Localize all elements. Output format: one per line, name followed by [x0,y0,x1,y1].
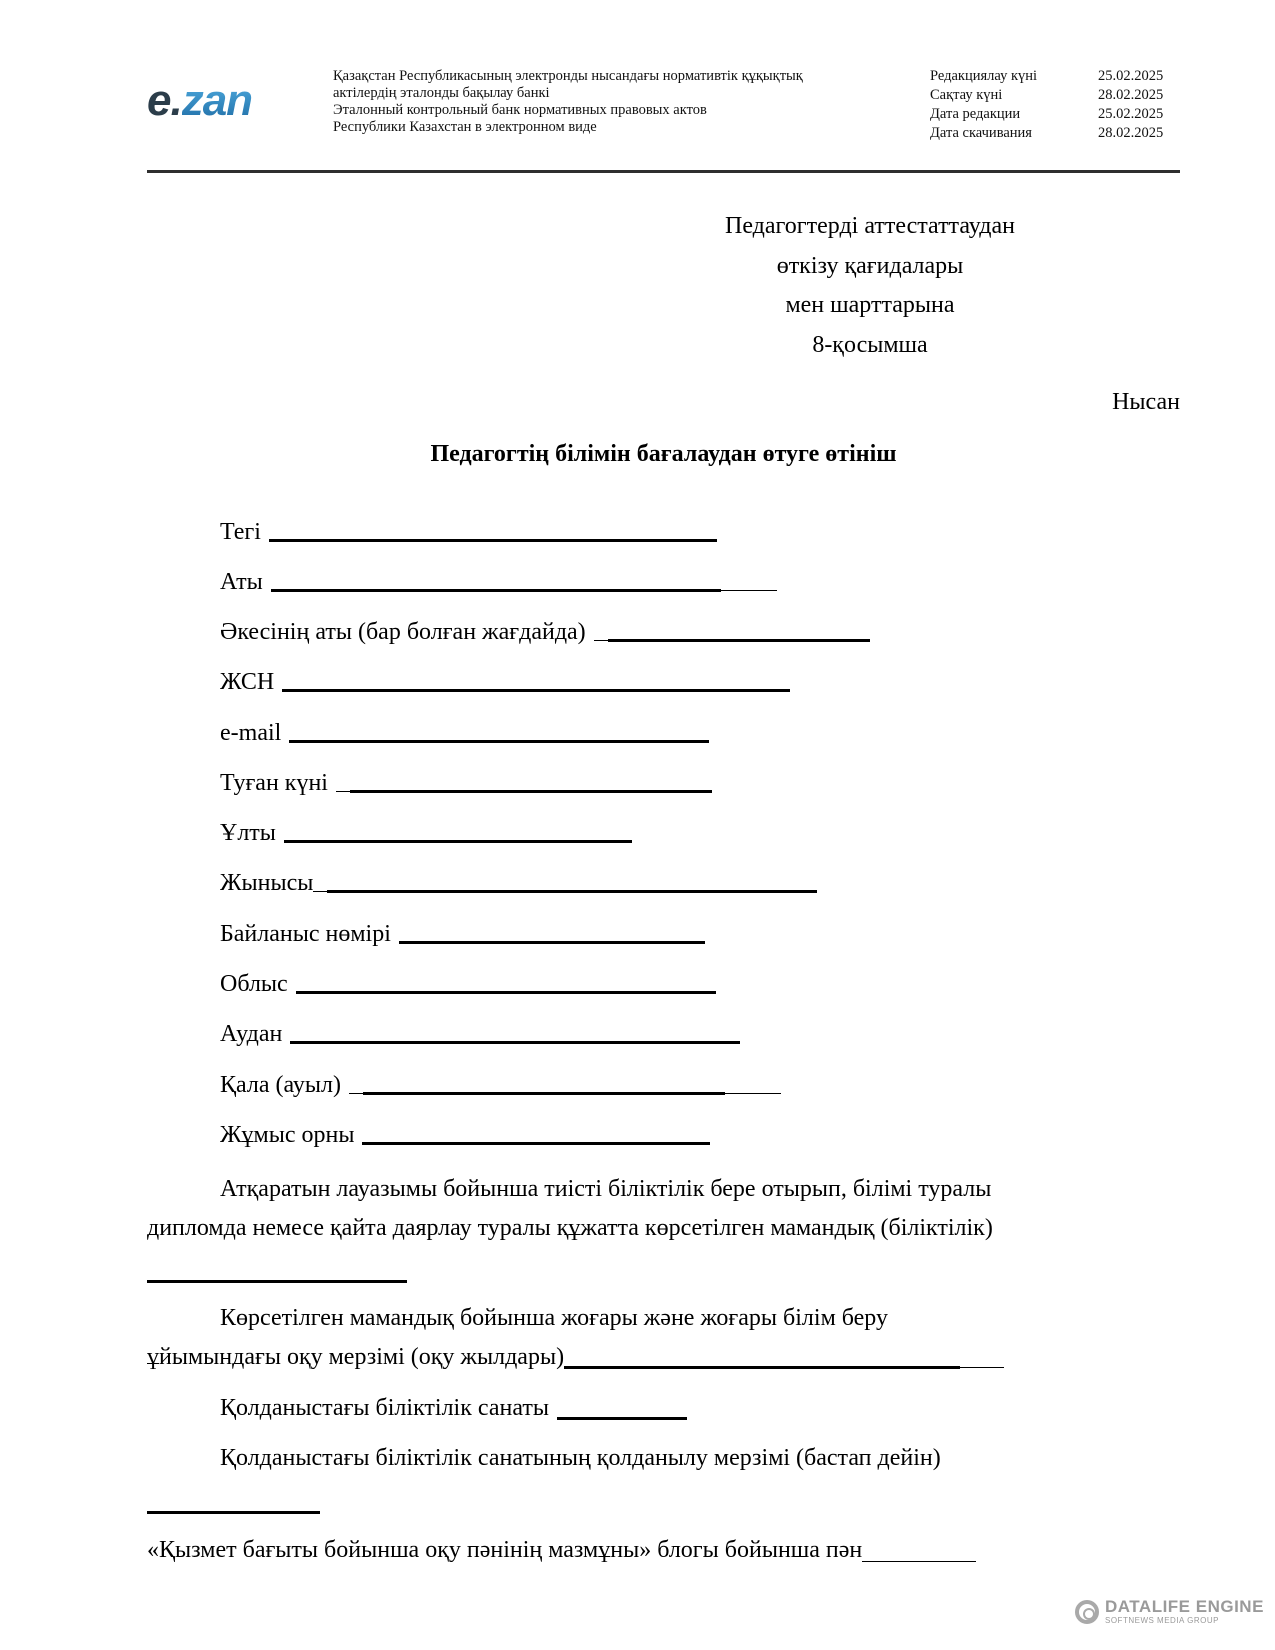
header-desc-line: Қазақстан Республикасының электронды ныс… [333,68,803,85]
field-iin: ЖСН [220,668,790,696]
field-label: Облыс [220,970,288,998]
field-name: Аты [220,568,721,596]
field-birth-date: Туған күні [220,769,712,797]
date-value: 28.02.2025 [1098,124,1163,143]
header-desc-line: Эталонный контрольный банк нормативных п… [333,102,803,119]
date-row-edit-kz: Редакциялау күні25.02.2025 [930,67,1163,86]
field-city: Қала (ауыл) [220,1071,725,1099]
date-value: 25.02.2025 [1098,67,1163,86]
field-label: Ұлты [220,819,276,847]
city-blank[interactable] [363,1092,725,1095]
category-label: Қолданыстағы біліктілік санаты [220,1389,549,1428]
workplace-blank[interactable] [362,1142,710,1145]
subject-row: «Қызмет бағыты бойынша оқу пәнінің мазмұ… [147,1531,1180,1570]
datalife-watermark: DATALIFE ENGINE SOFTNEWS MEDIA GROUP [1075,1598,1264,1625]
header-description: Қазақстан Республикасының электронды ныс… [333,68,803,136]
field-label: Байланыс нөмірі [220,920,391,948]
category-period-blank[interactable] [147,1511,320,1514]
header-dates: Редакциялау күні25.02.2025 Сақтау күні28… [930,67,1163,143]
category-period-label: Қолданыстағы біліктілік санатының қолдан… [147,1439,1180,1478]
field-label: Аудан [220,1020,282,1048]
category-blank[interactable] [557,1417,687,1420]
field-label: ЖСН [220,668,274,696]
appendix-line: Педагогтерді аттестаттаудан [640,207,1100,247]
study-line-1: Көрсетілген мамандық бойынша жоғары және… [147,1299,1180,1338]
field-label: Жұмыс орны [220,1121,354,1149]
date-row-download-ru: Дата скачивания28.02.2025 [930,124,1163,143]
surname-blank[interactable] [269,539,717,542]
subject-paragraph: «Қызмет бағыты бойынша оқу пәнінің мазмұ… [147,1531,1180,1570]
field-label: Қала (ауыл) [220,1071,341,1099]
ezan-logo: e.zan [147,78,252,124]
date-row-edit-ru: Дата редакции25.02.2025 [930,105,1163,124]
date-label: Редакциялау күні [930,67,1098,86]
watermark-sub: SOFTNEWS MEDIA GROUP [1105,1616,1264,1625]
appendix-line: мен шарттарына [640,286,1100,326]
date-value: 25.02.2025 [1098,105,1163,124]
patronymic-blank[interactable] [608,639,870,642]
subject-label: «Қызмет бағыты бойынша оқу пәнінің мазмұ… [147,1531,862,1570]
field-surname: Тегі [220,518,717,546]
field-gender: Жынысы [220,869,817,897]
date-label: Дата скачивания [930,124,1098,143]
date-label: Дата редакции [930,105,1098,124]
nationality-blank[interactable] [284,840,632,843]
field-workplace: Жұмыс орны [220,1121,710,1149]
specialty-paragraph: Атқаратын лауазымы бойынша тиісті білікт… [147,1170,1180,1248]
form-kind-label: Нысан [1112,389,1180,416]
appendix-line: өткізу қағидалары [640,247,1100,287]
email-blank[interactable] [289,740,709,743]
specialty-line-2: дипломда немесе қайта даярлау туралы құж… [147,1209,1180,1248]
field-email: e-mail [220,719,709,747]
field-label: e-mail [220,719,281,747]
field-district: Аудан [220,1020,740,1048]
field-nationality: Ұлты [220,819,632,847]
birth-date-blank[interactable] [350,790,712,793]
category-paragraph: Қолданыстағы біліктілік санаты [147,1389,1180,1428]
category-row: Қолданыстағы біліктілік санаты [147,1389,1180,1428]
header-desc-line: Республики Казахстан в электронном виде [333,119,803,136]
study-line-2-row: ұйымындағы оқу мерзімі (оқу жылдары) [147,1338,1180,1377]
phone-blank[interactable] [399,941,705,944]
watermark-main: DATALIFE ENGINE [1105,1598,1264,1616]
header-divider [147,170,1180,173]
date-value: 28.02.2025 [1098,86,1163,105]
appendix-line: 8-қосымша [640,326,1100,366]
date-label: Сақтау күні [930,86,1098,105]
date-row-save-kz: Сақтау күні28.02.2025 [930,86,1163,105]
logo-part-e: e. [147,76,182,125]
region-blank[interactable] [296,991,716,994]
specialty-blank[interactable] [147,1280,407,1283]
subject-blank[interactable] [862,1561,976,1562]
document-title: Педагогтің білімін бағалаудан өтуге өтін… [147,441,1180,468]
district-blank[interactable] [290,1041,740,1044]
iin-blank[interactable] [282,689,790,692]
field-region: Облыс [220,970,716,998]
appendix-note: Педагогтерді аттестаттаудан өткізу қағид… [640,207,1100,365]
specialty-line-1: Атқаратын лауазымы бойынша тиісті білікт… [147,1170,1180,1209]
logo-part-zan: zan [182,76,252,125]
study-line-2: ұйымындағы оқу мерзімі (оқу жылдары) [147,1338,564,1377]
field-phone: Байланыс нөмірі [220,920,705,948]
field-patronymic: Әкесінің аты (бар болған жағдайда) [220,618,870,646]
study-period-blank[interactable] [564,1366,960,1369]
field-label: Әкесінің аты (бар болған жағдайда) [220,618,586,646]
name-blank[interactable] [271,589,721,592]
gender-blank[interactable] [327,890,817,893]
field-label: Жынысы [220,869,313,897]
header-desc-line: актілердің эталонды бақылау банкі [333,85,803,102]
field-label: Тегі [220,518,261,546]
study-period-paragraph: Көрсетілген мамандық бойынша жоғары және… [147,1299,1180,1377]
datalife-logo-icon [1075,1600,1099,1624]
field-label: Туған күні [220,769,328,797]
field-label: Аты [220,568,263,596]
category-period-paragraph: Қолданыстағы біліктілік санатының қолдан… [147,1439,1180,1478]
